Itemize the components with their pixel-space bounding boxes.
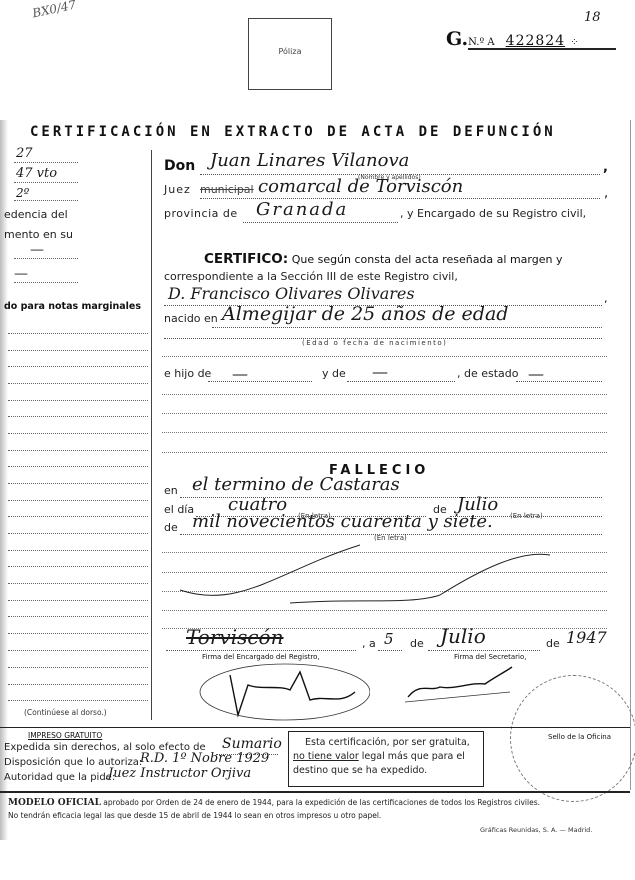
provincia-value: Granada — [256, 199, 348, 220]
hijo-value: — — [232, 364, 248, 383]
yde-value: — — [372, 362, 388, 381]
disposicion-value: R.D. 1º Nobre 1929 — [140, 751, 269, 766]
margin-entry-2: 47 vto — [16, 166, 57, 181]
pencil-note: BX0/47 — [31, 0, 77, 20]
numero-label: N.º A — [468, 37, 494, 48]
sello-label: Sello de la Oficina — [548, 733, 611, 741]
nacido-value: Almegijar de 25 años de edad — [222, 303, 508, 325]
continue-note: (Continúese al dorso.) — [24, 708, 107, 717]
margin-dash-1: — — [30, 242, 44, 258]
juez-value: comarcal de Torviscón — [258, 176, 463, 197]
provincia-label: provincia de — [164, 207, 238, 220]
estado-value: — — [528, 364, 544, 383]
dia-label: el día — [164, 503, 194, 516]
serial-number: G.N.º A 422824 ⁘ — [446, 28, 579, 50]
estado-label: , de estado — [457, 367, 519, 380]
serial-underline — [468, 48, 616, 50]
notice-line-2: legal más que para el — [359, 751, 465, 762]
anio-de-label: de — [164, 521, 178, 534]
poliza-label: Póliza — [249, 47, 331, 56]
margin-entry-1: 27 — [16, 146, 33, 161]
en-value: el termino de Castaras — [192, 474, 400, 495]
edad-hint: (Edad o fecha de nacimiento) — [302, 339, 447, 347]
a-label: , a — [362, 637, 376, 650]
mes-hint: (En letra) — [510, 512, 543, 520]
handwritten-number: 18 — [584, 10, 601, 25]
ornament-icon: ⁘ — [570, 37, 578, 48]
fecha-de2-label: de — [546, 637, 560, 650]
secretario-signature-icon — [400, 662, 520, 712]
margin-dash-2: — — [14, 266, 28, 282]
margin-text-1: edencia del — [4, 208, 68, 221]
en-label: en — [164, 484, 178, 497]
notice-line-1: Esta certificación, por ser gratuita, — [293, 736, 479, 750]
expedida-value: Sumario — [222, 736, 282, 752]
nacido-label: nacido en — [164, 312, 218, 325]
fecha-de-label: de — [410, 637, 424, 650]
anio-value: mil novecientos cuarenta y siete. — [192, 511, 493, 532]
secretario-signature-label: Firma del Secretario, — [454, 653, 526, 661]
certifico-line: CERTIFICO: Que según consta del acta res… — [204, 251, 562, 267]
cancellation-stroke-icon — [160, 540, 600, 630]
lugar-value: Torviscón — [186, 625, 283, 649]
gratuita-notice: Esta certificación, por ser gratuita, no… — [288, 731, 484, 787]
certifico-text: Que según consta del acta reseñada al ma… — [292, 253, 563, 266]
notes-header: do para notas marginales — [4, 301, 141, 312]
impreso-label: IMPRESO GRATUITO — [28, 731, 102, 740]
notice-line-3: destino que se ha expedido. — [293, 764, 479, 778]
document-title: CERTIFICACIÓN EN EXTRACTO DE ACTA DE DEF… — [30, 124, 556, 140]
hijo-label: e hijo de — [164, 367, 211, 380]
serie-prefix: G. — [446, 28, 468, 50]
autoridad-label: Autoridad que la pide: — [4, 772, 115, 783]
person-value: D. Francisco Olivares Olivares — [168, 284, 415, 303]
margin-text-2: mento en su — [4, 228, 73, 241]
juez-struck: municipal — [200, 183, 254, 196]
notice-line-2-underlined: no tiene valor — [293, 751, 359, 762]
seccion-text: correspondiente a la Sección III de este… — [164, 270, 458, 283]
juez-label: Juez — [164, 183, 191, 196]
legal-line-2: No tendrán eficacia legal las que desde … — [8, 811, 381, 820]
modelo-oficial-label: MODELO OFICIAL — [8, 798, 101, 808]
legal-text-1: aprobado por Orden de 24 de enero de 194… — [101, 798, 540, 807]
fecha-mes: Julio — [440, 624, 486, 648]
don-value: Juan Linares Vilanova — [210, 150, 409, 171]
fecha-anio: 1947 — [566, 628, 607, 647]
printer-credit: Gráficas Reunidas, S. A. — Madrid. — [480, 826, 592, 834]
right-edge — [630, 120, 631, 790]
certifico-label: CERTIFICO: — [204, 251, 288, 267]
encargado-text: , y Encargado de su Registro civil, — [400, 207, 586, 220]
column-divider — [151, 150, 152, 720]
autoridad-value: Juez Instructor Orjiva — [108, 766, 251, 781]
comma: , — [603, 160, 608, 175]
poliza-box: Póliza — [248, 18, 332, 90]
yde-label: y de — [322, 367, 346, 380]
encargado-signature-icon — [190, 660, 370, 730]
margin-entry-3: 2º — [16, 186, 29, 200]
numero-value: 422824 — [506, 33, 565, 49]
legal-line-1: MODELO OFICIAL aprobado por Orden de 24 … — [8, 798, 540, 808]
don-label: Don — [164, 158, 195, 174]
fecha-dia: 5 — [384, 630, 394, 648]
